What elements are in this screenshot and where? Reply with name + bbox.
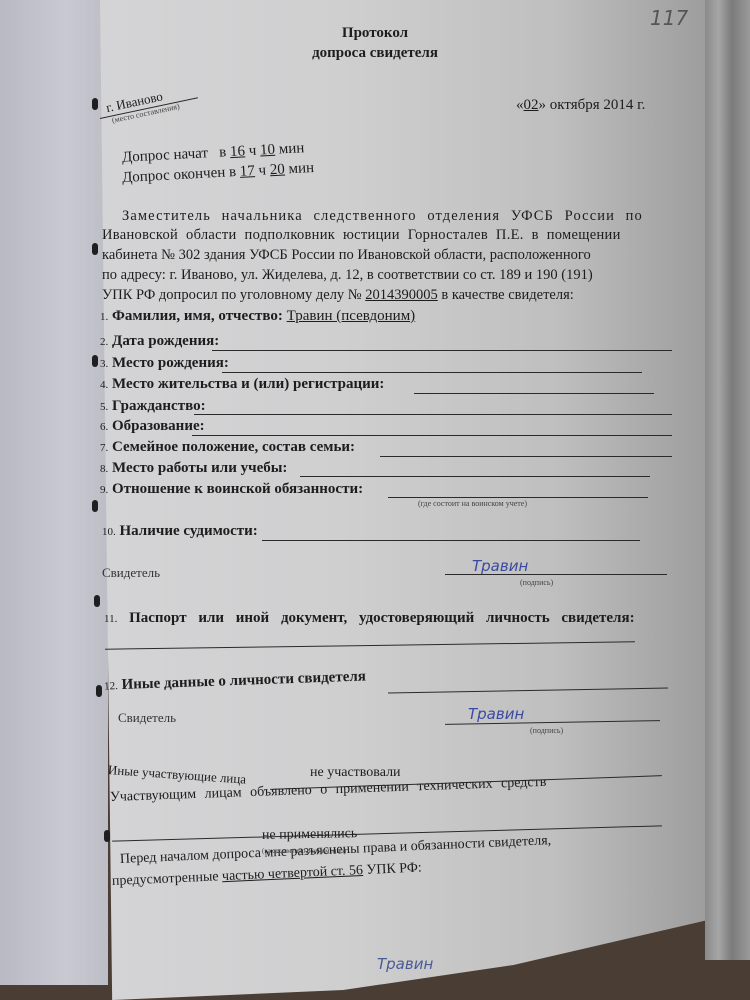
field-1: 1. Фамилия, имя, отчество: Травин (псевд… [100, 308, 415, 325]
field-5-input-line[interactable] [194, 414, 672, 415]
signature-line-1[interactable] [445, 574, 667, 575]
end-hour: 17 [239, 163, 255, 180]
field-num: 10. [102, 526, 116, 538]
rights-article-ref: частью четвертой ст. 56 [222, 863, 364, 884]
intro-line-1: Заместитель начальника следственного отд… [122, 208, 643, 225]
start-prefix: в [219, 144, 227, 160]
field-4: 4. Место жительства и (или) регистрации: [100, 376, 384, 393]
tech-means-value: не применялись [262, 826, 358, 844]
field-label: Отношение к воинской обязанности: [112, 481, 363, 497]
field-num: 2. [100, 336, 108, 348]
field-num: 4. [100, 379, 108, 391]
end-label: Допрос окончен в [122, 164, 237, 186]
field-value-fio[interactable]: Травин (псевдоним) [287, 308, 416, 324]
field-10: 10. Наличие судимости: [102, 523, 258, 540]
case-number: 2014390005 [365, 287, 438, 303]
start-hour: 16 [230, 143, 246, 160]
field-2: 2. Дата рождения: [100, 333, 219, 350]
field-label: Место рождения: [112, 355, 229, 371]
field-8: 8. Место работы или учебы: [100, 460, 287, 477]
field-label: Паспорт или иной документ, удостоверяющи… [129, 610, 634, 626]
field-8-input-line[interactable] [300, 476, 650, 477]
date: «02» октября 2014 г. [516, 97, 645, 114]
witness-label-1: Свидетель [102, 565, 160, 581]
field-3-input-line[interactable] [222, 372, 642, 373]
field-12: 12. Иные данные о личности свидетеля [104, 668, 366, 694]
field-12-input-line[interactable] [388, 688, 668, 694]
field-9: 9. Отношение к воинской обязанности: [100, 481, 363, 498]
field-4-input-line[interactable] [414, 393, 654, 394]
date-month-year: октября 2014 г. [550, 97, 646, 113]
field-num: 9. [100, 484, 108, 496]
title-line2: допроса свидетеля [0, 45, 750, 62]
witness-signature-1: Травин [472, 557, 528, 575]
witness-label-2: Свидетель [118, 710, 176, 726]
military-caption: (где состоит на воинском учете) [418, 499, 527, 508]
field-label: Образование: [112, 418, 205, 434]
field-label: Фамилия, имя, отчество: [112, 308, 283, 324]
field-label: Иные данные о личности свидетеля [121, 668, 366, 693]
intro-line-3: кабинета № 302 здания УФСБ России по Ива… [102, 247, 591, 264]
date-day: 02 [524, 97, 539, 113]
intro-case-prefix: УПК РФ допросил по уголовному делу № [102, 287, 362, 303]
start-label: Допрос начат [122, 145, 209, 165]
field-num: 1. [100, 311, 108, 323]
field-num: 6. [100, 421, 108, 433]
other-participants-value: не участвовали [310, 765, 401, 781]
field-6: 6. Образование: [100, 418, 205, 435]
field-label: Семейное положение, состав семьи: [112, 439, 355, 455]
rights-prefix: предусмотренные [112, 869, 219, 889]
other-participants-label: Иные участвующие лица [107, 762, 246, 788]
field-7-input-line[interactable] [380, 456, 672, 457]
field-num: 12. [104, 680, 118, 692]
bottom-signature: Травин [377, 955, 433, 973]
signature-caption-1: (подпись) [520, 578, 553, 587]
field-7: 7. Семейное положение, состав семьи: [100, 439, 355, 456]
end-minute: 20 [269, 162, 285, 179]
field-num: 11. [104, 613, 117, 625]
start-minute: 10 [260, 142, 276, 159]
field-num: 8. [100, 463, 108, 475]
field-11: 11. Паспорт или иной документ, удостовер… [104, 610, 635, 627]
end-minute-unit: мин [288, 160, 314, 177]
witness-signature-2: Травин [468, 705, 524, 723]
field-3: 3. Место рождения: [100, 355, 229, 372]
field-label: Место работы или учебы: [112, 460, 287, 476]
field-10-input-line[interactable] [262, 540, 640, 541]
field-label: Наличие судимости: [120, 523, 258, 539]
title-line1: Протокол [0, 25, 750, 42]
field-6-input-line[interactable] [192, 435, 672, 436]
date-open-quote: « [516, 97, 524, 113]
tech-means-line[interactable] [112, 825, 662, 841]
intro-line-4: по адресу: г. Иваново, ул. Жиделева, д. … [102, 267, 593, 284]
rights-suffix: УПК РФ: [366, 860, 422, 877]
start-minute-unit: мин [278, 140, 304, 157]
intro-line-5: УПК РФ допросил по уголовному делу № 201… [102, 287, 574, 304]
field-11-input-line[interactable] [105, 641, 635, 649]
field-2-input-line[interactable] [212, 350, 672, 351]
field-num: 5. [100, 401, 108, 413]
field-label: Гражданство: [112, 398, 206, 414]
field-label: Дата рождения: [112, 333, 219, 349]
intro-case-suffix: в качестве свидетеля: [441, 287, 573, 303]
field-num: 7. [100, 442, 108, 454]
field-9-input-line[interactable] [388, 497, 648, 498]
field-5: 5. Гражданство: [100, 398, 206, 415]
intro-line-2: Ивановской области подполковник юстиции … [102, 227, 621, 244]
field-label: Место жительства и (или) регистрации: [112, 376, 384, 392]
date-close-quote: » [539, 97, 547, 113]
end-hour-unit: ч [258, 162, 266, 178]
signature-caption-2: (подпись) [530, 726, 563, 735]
document-content: 117 Протокол допроса свидетеля г. Иванов… [0, 0, 750, 1000]
field-num: 3. [100, 358, 108, 370]
start-hour-unit: ч [248, 143, 256, 159]
